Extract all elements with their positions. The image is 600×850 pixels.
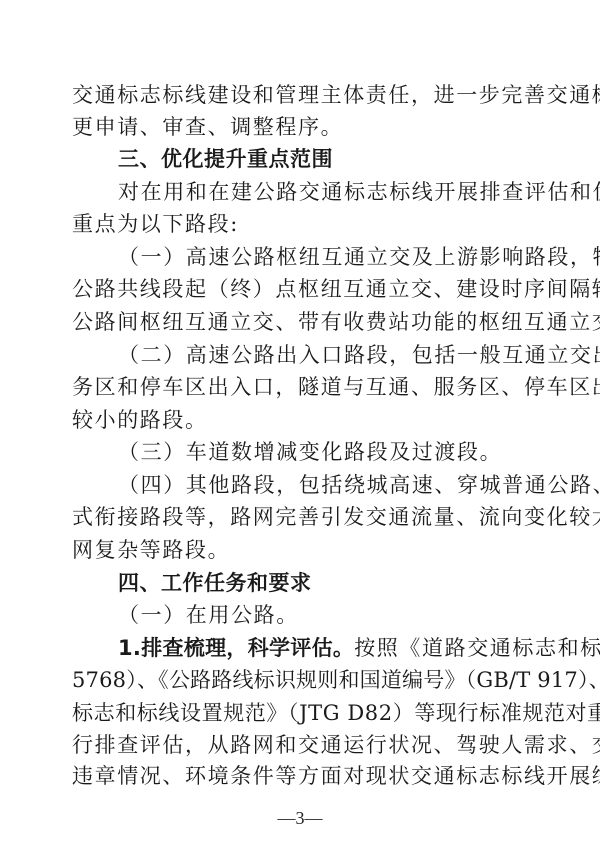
paragraph-line: 公路共线段起（终）点枢纽互通立交、建设时序间隔较长的高速 [72, 273, 534, 305]
paragraph-line: 务区和停车区出入口，隧道与互通、服务区、停车区出入口间距 [72, 371, 534, 403]
subsection-heading: （一）在用公路。 [118, 599, 534, 631]
paragraph-line: 较小的路段。 [72, 404, 534, 436]
list-item-1: （一）高速公路枢纽互通立交及上游影响路段，特别是高速 [118, 241, 534, 273]
section-heading-3: 三、优化提升重点范围 [118, 143, 534, 175]
paragraph-line: 违章情况、环境条件等方面对现状交通标志标线开展综合评估， [72, 760, 534, 792]
paragraph-line: 标志和标线设置规范》（JTG D82）等现行标准规范对重点路段进 [72, 697, 534, 729]
page-number: —3— [0, 808, 600, 829]
paragraph-line: 网复杂等路段。 [72, 534, 534, 566]
paragraph-line-lead: 1.排查梳理，科学评估。按照《道路交通标志和标线》（GB [118, 632, 534, 664]
bold-lead-text: 1.排查梳理，科学评估。 [118, 636, 354, 660]
paragraph-line: 对在用和在建公路交通标志标线开展排查评估和优化提升， [118, 176, 534, 208]
paragraph-line: 行排查评估，从路网和交通运行状况、驾驶人需求、交通事故和 [72, 729, 534, 761]
paragraph-line: 5768）、《公路路线标识规则和国道编号》（GB/T 917）、《公路交通 [72, 664, 534, 696]
paragraph-line: 重点为以下路段: [72, 208, 534, 240]
list-item-4: （四）其他路段，包括绕城高速、穿城普通公路、多运输方 [118, 469, 534, 501]
paragraph-line: 更申请、审查、调整程序。 [72, 111, 534, 143]
section-heading-4: 四、工作任务和要求 [118, 567, 534, 599]
lead-rest-text: 按照《道路交通标志和标线》（GB [354, 636, 600, 660]
paragraph-line: 式衔接路段等，路网完善引发交通流量、流向变化较大路段，路 [72, 501, 534, 533]
paragraph-line: 交通标志标线建设和管理主体责任，进一步完善交通标志标线变 [72, 79, 534, 111]
document-page: 交通标志标线建设和管理主体责任，进一步完善交通标志标线变 更申请、审查、调整程序… [0, 0, 600, 850]
list-item-3: （三）车道数增减变化路段及过渡段。 [118, 436, 534, 468]
paragraph-line: 公路间枢纽互通立交、带有收费站功能的枢纽互通立交。 [72, 306, 534, 338]
list-item-2: （二）高速公路出入口路段，包括一般互通立交出入口，服 [118, 339, 534, 371]
